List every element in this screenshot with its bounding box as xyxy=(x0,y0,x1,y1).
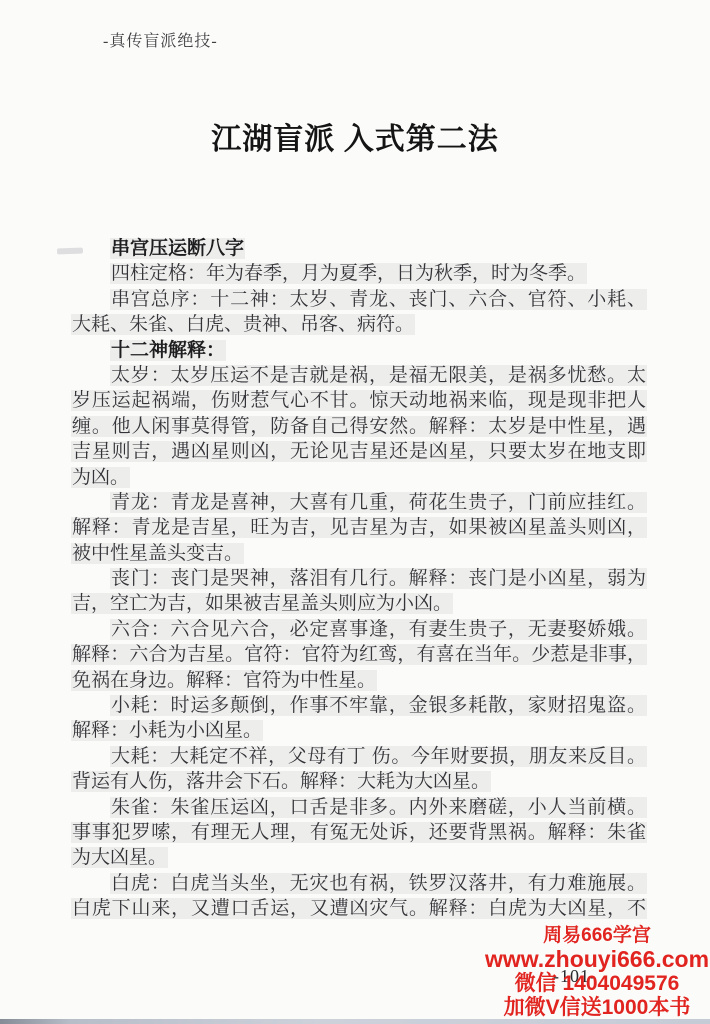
scanned-page: -真传盲派绝技- 江湖盲派 入式第二法 串宫压运断八字四柱定格：年为春季，月为夏… xyxy=(0,0,710,1024)
text-line: 免祸在身边。解释：官符为中性星。 xyxy=(71,668,647,693)
running-header: -真传盲派绝技- xyxy=(103,28,218,51)
text-line: 吉星则吉，遇凶星则凶，无论见吉星还是凶星，只要太岁在地支即 xyxy=(71,439,647,464)
text-line: 太岁：太岁压运不是吉就是祸，是福无限美，是祸多忧愁。太 xyxy=(71,363,647,388)
text-line: 白虎：白虎当头坐，无灾也有祸，铁罗汉落井，有力难施展。 xyxy=(71,871,647,896)
text-line: 被中性星盖头变吉。 xyxy=(71,541,647,566)
text-line: 青龙：青龙是喜神，大喜有几重，荷花生贵子，门前应挂红。 xyxy=(71,490,647,515)
text-line: 大耗、朱雀、白虎、贵神、吊客、病符。 xyxy=(71,312,647,337)
text-line: 解释：青龙是吉星，旺为吉，见吉星为吉，如果被凶星盖头则凶， xyxy=(71,515,647,540)
page-title: 江湖盲派 入式第二法 xyxy=(0,114,710,158)
text-line: 十二神解释： xyxy=(71,338,647,363)
text-line: 解释：小耗为小凶星。 xyxy=(71,718,647,743)
watermark-line: 微信 1404049576 xyxy=(472,972,710,996)
text-line: 岁压运起祸端，伤财惹气心不甘。惊天动地祸来临，现是现非把人 xyxy=(71,388,647,413)
text-line: 事事犯罗嗦，有理无人理，有冤无处诉，还要背黑祸。解释：朱雀 xyxy=(71,820,647,845)
text-line: 四柱定格：年为春季，月为夏季，日为秋季，时为冬季。 xyxy=(71,261,647,286)
watermark-line: www.zhouyi666.com xyxy=(472,947,710,972)
text-line: 串宫压运断八字 xyxy=(71,236,647,261)
text-line: 为大凶星。 xyxy=(71,845,647,870)
text-line: 六合：六合见六合，必定喜事逢，有妻生贵子，无妻娶娇娥。 xyxy=(71,617,647,642)
scan-edge-strip xyxy=(0,1019,710,1024)
text-line: 吉，空亡为吉，如果被吉星盖头则应为小凶。 xyxy=(71,591,647,616)
text-line: 朱雀：朱雀压运凶，口舌是非多。内外来磨磋，小人当前横。 xyxy=(71,795,647,820)
text-line: 背运有人伤，落井会下石。解释：大耗为大凶星。 xyxy=(71,769,647,794)
text-line: 为凶。 xyxy=(71,465,647,490)
text-line: 串宫总序：十二神：太岁、青龙、丧门、六合、官符、小耗、 xyxy=(71,287,647,312)
text-line: 大耗：大耗定不祥，父母有丁 伤。今年财要损，朋友来反目。 xyxy=(71,744,647,769)
text-line: 解释：六合为吉星。官符：官符为红鸾，有喜在当年。少惹是非事， xyxy=(71,642,647,667)
watermark-line: 加微V信送1000本书 xyxy=(472,996,710,1019)
text-line: 小耗：时运多颠倒，作事不牢靠，金银多耗散，家财招鬼盗。 xyxy=(71,693,647,718)
text-line: 缠。他人闲事莫得管，防备自己得安然。解释：太岁是中性星，遇 xyxy=(71,414,647,439)
body-text: 串宫压运断八字四柱定格：年为春季，月为夏季，日为秋季，时为冬季。串宫总序：十二神… xyxy=(71,236,647,922)
text-line: 白虎下山来，又遭口舌运，又遭凶灾气。解释：白虎为大凶星，不 xyxy=(71,896,647,921)
text-line: 丧门：丧门是哭神，落泪有几行。解释：丧门是小凶星，弱为 xyxy=(71,566,647,591)
watermark: 周易666学宫www.zhouyi666.com微信 1404049576加微V… xyxy=(472,925,710,1019)
watermark-line: 周易666学宫 xyxy=(472,925,710,947)
